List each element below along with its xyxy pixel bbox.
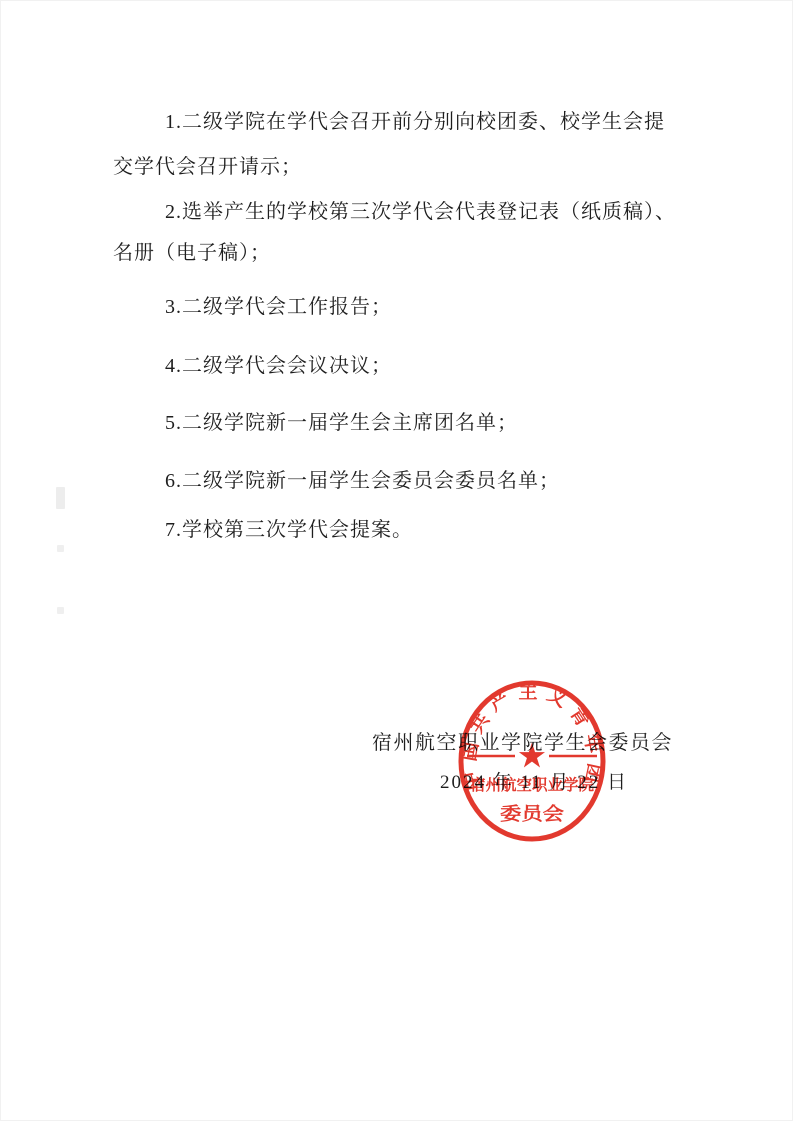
document-line: 交学代会召开请示； [113, 150, 302, 179]
official-seal: 中国共产主义青年团 ★ 宿州航空职业学院 委员会 [455, 677, 609, 845]
document-line: 名册（电子稿）； [113, 236, 271, 265]
scanned-document-page: { "document": { "lines": [ {"text": "1.二… [0, 0, 793, 1121]
document-line: 5.二级学院新一届学生会主席团名单； [165, 406, 518, 435]
document-line: 3.二级学代会工作报告； [165, 290, 392, 319]
signature-org: 宿州航空职业学院学生会委员会 [372, 726, 673, 755]
seal-border-circle [461, 683, 603, 839]
document-line: 4.二级学代会会议决议； [165, 349, 392, 378]
document-line: 2.选举产生的学校第三次学代会代表登记表（纸质稿）、 [165, 195, 676, 224]
scan-artifact [57, 607, 64, 614]
document-line: 1.二级学院在学代会召开前分别向校团委、校学生会提 [165, 105, 665, 134]
scan-artifact [57, 545, 64, 552]
document-line: 7.学校第三次学代会提案。 [165, 513, 413, 542]
document-line: 6.二级学院新一届学生会委员会委员名单； [165, 464, 560, 493]
scan-artifact [56, 487, 65, 509]
seal-committee-text: 委员会 [500, 803, 564, 824]
signature-date: 2024 年 11 月 22 日 [440, 767, 628, 794]
